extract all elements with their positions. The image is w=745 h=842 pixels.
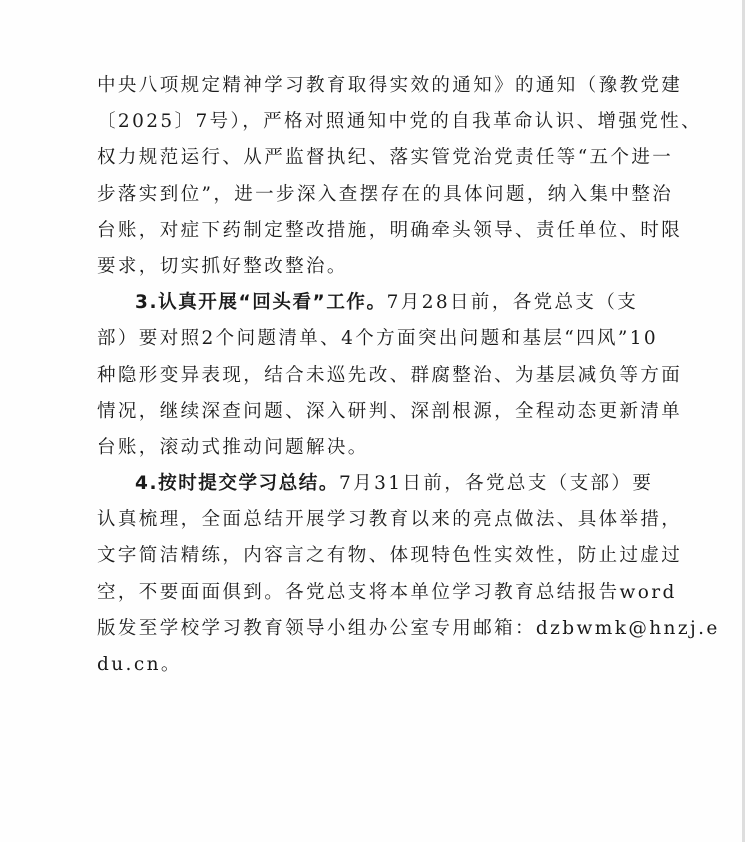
text-line: 〔2025〕7号），严格对照通知中党的自我革命认识、增强党性、 xyxy=(97,104,649,140)
section-4-submit-summary: 4.按时提交学习总结。7月31日前，各党总支（支部）要 认真梳理，全面总结开展学… xyxy=(97,466,649,683)
section-3-first-line-text: 7月28日前，各党总支（支 xyxy=(387,292,639,313)
text-line: 要求，切实抓好整改整治。 xyxy=(97,249,649,285)
paragraph-notice-rectification: 中央八项规定精神学习教育取得实效的通知》的通知（豫教党建 〔2025〕7号），严… xyxy=(97,68,649,285)
email-line-end: du.cn。 xyxy=(97,647,649,683)
text-line: 文字简洁精练，内容言之有物、体现特色性实效性，防止过虚过 xyxy=(97,538,649,574)
text-line: 情况，继续深查问题、深入研判、深剖根源，全程动态更新清单 xyxy=(97,394,649,430)
section-4-heading: 4.按时提交学习总结。 xyxy=(135,473,339,494)
section-3-look-back: 3.认真开展“回头看”工作。7月28日前，各党总支（支 部）要对照2个问题清单、… xyxy=(97,285,649,466)
text-line: 台账，对症下药制定整改措施，明确牵头领导、责任单位、时限 xyxy=(97,213,649,249)
text-line: 空，不要面面俱到。各党总支将本单位学习教育总结报告word xyxy=(97,575,649,611)
text-line: 种隐形变异表现，结合未巡先改、群腐整治、为基层减负等方面 xyxy=(97,358,649,394)
section-3-first-line: 3.认真开展“回头看”工作。7月28日前，各党总支（支 xyxy=(97,285,649,321)
email-line: 版发至学校学习教育领导小组办公室专用邮箱：dzbwmk@hnzj.e xyxy=(97,611,649,647)
section-4-first-line: 4.按时提交学习总结。7月31日前，各党总支（支部）要 xyxy=(97,466,649,502)
document-page: 中央八项规定精神学习教育取得实效的通知》的通知（豫教党建 〔2025〕7号），严… xyxy=(0,0,742,842)
text-line: 权力规范运行、从严监督执纪、落实管党治党责任等“五个进一 xyxy=(97,140,649,176)
section-3-heading: 3.认真开展“回头看”工作。 xyxy=(135,292,387,313)
text-line: 部）要对照2个问题清单、4个方面突出问题和基层“四风”10 xyxy=(97,321,649,357)
text-line: 认真梳理，全面总结开展学习教育以来的亮点做法、具体举措， xyxy=(97,502,649,538)
text-line: 步落实到位”，进一步深入查摆存在的具体问题，纳入集中整治 xyxy=(97,177,649,213)
document-body: 中央八项规定精神学习教育取得实效的通知》的通知（豫教党建 〔2025〕7号），严… xyxy=(97,68,649,683)
section-4-first-line-text: 7月31日前，各党总支（支部）要 xyxy=(339,473,653,494)
text-line: 台账，滚动式推动问题解决。 xyxy=(97,430,649,466)
text-line: 中央八项规定精神学习教育取得实效的通知》的通知（豫教党建 xyxy=(97,68,649,104)
